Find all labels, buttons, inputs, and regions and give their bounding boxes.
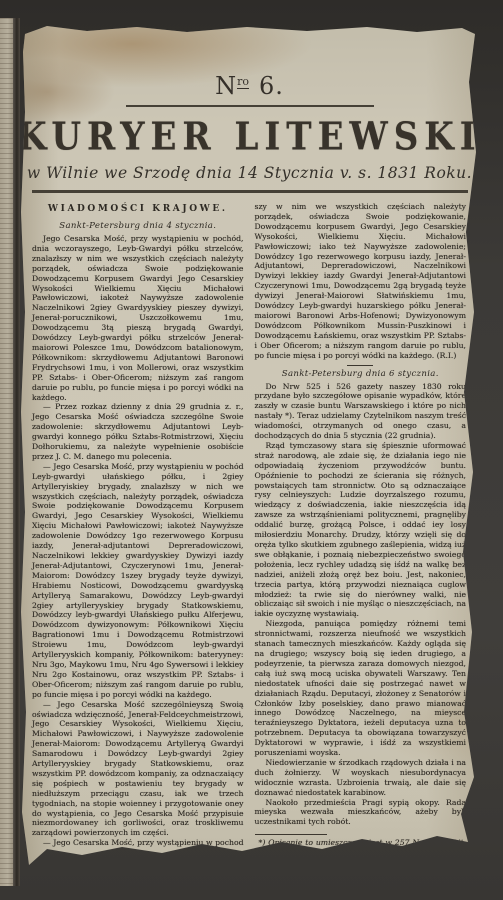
article-paragraph: Do Nrw 525 i 526 gazety naszey 1830 roku… [255, 382, 467, 441]
article-paragraph: Niedowierzanie w śrzodkach rządowych dzi… [255, 758, 467, 798]
article-paragraph: — Przez rozkaz dzienny z dnia 29 grudnia… [32, 402, 244, 461]
issue-number: Nro6. [17, 72, 482, 100]
article-paragraph-continuation: szy w nim we wszystkich częściach należy… [255, 202, 467, 361]
article-paragraph: Rząd tymczasowy stara się śpiesznie ufor… [255, 441, 467, 619]
issue-divider-rule [126, 105, 374, 107]
issue-prefix: N [215, 72, 237, 100]
footnote: *) Opisanie to umieszczone iest w 257 Nr… [255, 838, 467, 847]
left-column: WIADOMOŚCI KRAJOWE. Sankt-Petersburg dni… [32, 202, 244, 847]
article-paragraph: — Jego Cesarska Mość, przy wystąpieniu w… [32, 838, 244, 847]
article-paragraph: Niezgoda, panuiąca pomiędzy różnemi temi… [255, 619, 467, 758]
masthead: Nro6. KURYER LITEWSKI. w Wilnie we Srzod… [17, 22, 482, 193]
publication-dateline: w Wilnie we Srzodę dnia 14 Stycznia v. s… [17, 164, 482, 182]
article-paragraph: — Jego Cesarska Mość, przy wystąpieniu w… [32, 462, 244, 700]
article-paragraph: Jego Cesarska Mość, przy wystąpieniu w p… [32, 234, 244, 402]
issue-value: 6. [259, 72, 284, 100]
footnote-divider-rule [255, 834, 327, 835]
article-dateline-jan4: Sankt-Petersburg dnia 4 stycznia. [32, 221, 244, 231]
article-columns: WIADOMOŚCI KRAJOWE. Sankt-Petersburg dni… [17, 193, 482, 847]
issue-superscript: ro [237, 75, 249, 89]
section-divider-rule [347, 365, 373, 366]
right-column: szy w nim we wszystkich częściach należy… [255, 202, 467, 847]
article-paragraph: Naokoło przedmieścia Pragi sypią okopy. … [255, 798, 467, 828]
article-dateline-jan6: Sankt-Petersburg dnia 6 stycznia. [255, 369, 467, 379]
newspaper-page: Nro6. KURYER LITEWSKI. w Wilnie we Srzod… [17, 22, 482, 876]
page-fold-shadow [13, 18, 20, 886]
article-paragraph: — Jego Cesarska Mość szczególnieyszą Swo… [32, 700, 244, 839]
newspaper-title: KURYER LITEWSKI. [17, 115, 482, 160]
section-heading-domestic-news: WIADOMOŚCI KRAJOWE. [32, 204, 244, 214]
adjacent-page-edge [0, 18, 13, 886]
